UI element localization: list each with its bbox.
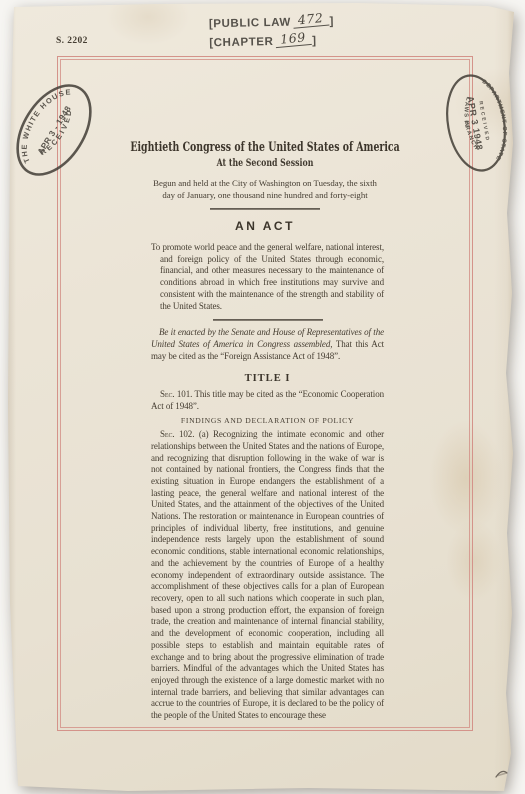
convened-line2: day of January, one thousand nine hundre… <box>61 189 469 201</box>
enacting-clause: Be it enacted by the Senate and House of… <box>151 327 384 362</box>
section-102-label: Sec. 102. <box>160 429 194 439</box>
session-heading: At the Second Session <box>106 158 424 169</box>
public-law-suffix: ] <box>329 16 334 28</box>
header-divider-rule <box>210 208 320 210</box>
pencil-mark <box>495 766 519 780</box>
section-102-text: (a) Recognizing the intimate economic an… <box>151 429 384 720</box>
preamble-divider-rule <box>213 319 323 321</box>
public-law-number-handwritten: 472 <box>292 10 329 29</box>
convened-line1: Begun and held at the City of Washington… <box>61 177 469 189</box>
chapter-prefix: [CHAPTER <box>209 36 273 49</box>
convened-statement: Begun and held at the City of Washington… <box>61 177 469 201</box>
public-law-line: [PUBLIC LAW 472 ] <box>209 9 334 31</box>
section-101-label: Sec. 101. <box>160 389 192 399</box>
chapter-number-handwritten: 169 <box>275 29 312 48</box>
public-law-prefix: [PUBLIC LAW <box>209 17 291 31</box>
section-101: Sec. 101. This title may be cited as the… <box>151 389 384 412</box>
act-preamble: To promote world peace and the general w… <box>151 242 384 312</box>
page-content: Eightieth Congress of the United States … <box>61 60 469 727</box>
act-heading: AN ACT <box>61 219 469 233</box>
text-column: To promote world peace and the general w… <box>151 242 384 722</box>
chapter-suffix: ] <box>312 35 317 47</box>
section-102: Sec. 102. (a) Recognizing the intimate e… <box>151 429 384 722</box>
findings-heading: FINDINGS AND DECLARATION OF POLICY <box>151 415 384 427</box>
congress-heading: Eightieth Congress of the United States … <box>118 140 412 155</box>
bill-number: S. 2202 <box>56 36 88 46</box>
photo-backdrop: S. 2202 [PUBLIC LAW 472 ] [CHAPTER 169 ]… <box>0 0 525 794</box>
white-house-received-stamp: THE WHITE HOUSE APR 3 - 1948 RECEIVED <box>0 69 114 191</box>
public-law-stamp: [PUBLIC LAW 472 ] [CHAPTER 169 ] <box>209 9 335 50</box>
state-department-received-stamp: DEPARTMENT OF STATE RECEIVED APR 3 1948 … <box>411 57 525 189</box>
document-page: S. 2202 [PUBLIC LAW 472 ] [CHAPTER 169 ]… <box>8 3 516 791</box>
title1-heading: TITLE I <box>151 373 384 385</box>
chapter-line: [CHAPTER 169 ] <box>209 28 334 50</box>
